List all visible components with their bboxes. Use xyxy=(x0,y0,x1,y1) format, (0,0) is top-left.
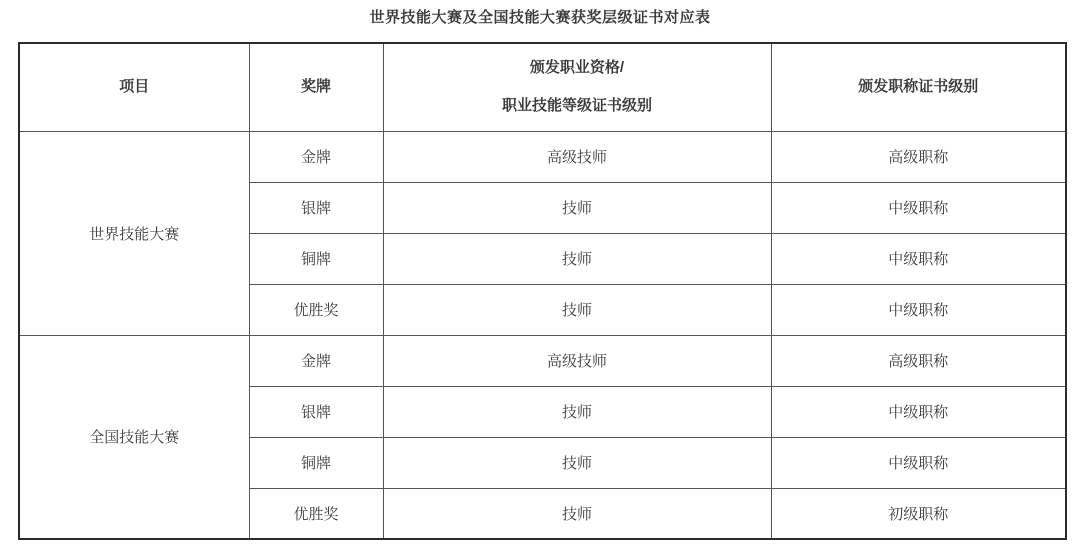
project-cell-world: 世界技能大赛 xyxy=(19,131,249,335)
header-vocational-cert: 颁发职业资格/ 职业技能等级证书级别 xyxy=(383,43,771,131)
professional-cell: 中级职称 xyxy=(771,182,1066,233)
professional-cell: 中级职称 xyxy=(771,284,1066,335)
header-vocational-line1: 颁发职业资格/ xyxy=(384,60,771,76)
medal-cell: 优胜奖 xyxy=(249,284,383,335)
table-body: 世界技能大赛 金牌 高级技师 高级职称 银牌 技师 中级职称 铜牌 技师 中级职… xyxy=(19,131,1066,539)
header-professional-label: 颁发职称证书级别 xyxy=(772,79,1066,95)
header-medal: 奖牌 xyxy=(249,43,383,131)
header-professional-cert: 颁发职称证书级别 xyxy=(771,43,1066,131)
medal-cell: 铜牌 xyxy=(249,437,383,488)
header-project: 项目 xyxy=(19,43,249,131)
professional-cell: 中级职称 xyxy=(771,437,1066,488)
vocational-cell: 技师 xyxy=(383,488,771,539)
professional-cell: 高级职称 xyxy=(771,131,1066,182)
medal-cell: 银牌 xyxy=(249,386,383,437)
professional-cell: 中级职称 xyxy=(771,233,1066,284)
correspondence-table: 项目 奖牌 颁发职业资格/ 职业技能等级证书级别 颁发职称证书级别 世界技能大赛… xyxy=(18,42,1067,540)
page: 世界技能大赛及全国技能大赛获奖层级证书对应表 项目 奖牌 颁发职业资格/ 职业技… xyxy=(0,0,1080,549)
project-cell-national: 全国技能大赛 xyxy=(19,335,249,539)
header-vocational-line2: 职业技能等级证书级别 xyxy=(384,98,771,114)
vocational-cell: 技师 xyxy=(383,233,771,284)
header-medal-label: 奖牌 xyxy=(250,79,383,95)
professional-cell: 初级职称 xyxy=(771,488,1066,539)
professional-cell: 中级职称 xyxy=(771,386,1066,437)
medal-cell: 金牌 xyxy=(249,131,383,182)
medal-cell: 银牌 xyxy=(249,182,383,233)
vocational-cell: 技师 xyxy=(383,386,771,437)
professional-cell: 高级职称 xyxy=(771,335,1066,386)
page-title: 世界技能大赛及全国技能大赛获奖层级证书对应表 xyxy=(0,0,1080,29)
vocational-cell: 技师 xyxy=(383,284,771,335)
medal-cell: 铜牌 xyxy=(249,233,383,284)
medal-cell: 优胜奖 xyxy=(249,488,383,539)
table-row: 世界技能大赛 金牌 高级技师 高级职称 xyxy=(19,131,1066,182)
header-row: 项目 奖牌 颁发职业资格/ 职业技能等级证书级别 颁发职称证书级别 xyxy=(19,43,1066,131)
table-row: 全国技能大赛 金牌 高级技师 高级职称 xyxy=(19,335,1066,386)
vocational-cell: 技师 xyxy=(383,182,771,233)
header-project-label: 项目 xyxy=(20,79,249,95)
vocational-cell: 高级技师 xyxy=(383,335,771,386)
medal-cell: 金牌 xyxy=(249,335,383,386)
table-header: 项目 奖牌 颁发职业资格/ 职业技能等级证书级别 颁发职称证书级别 xyxy=(19,43,1066,131)
vocational-cell: 高级技师 xyxy=(383,131,771,182)
vocational-cell: 技师 xyxy=(383,437,771,488)
